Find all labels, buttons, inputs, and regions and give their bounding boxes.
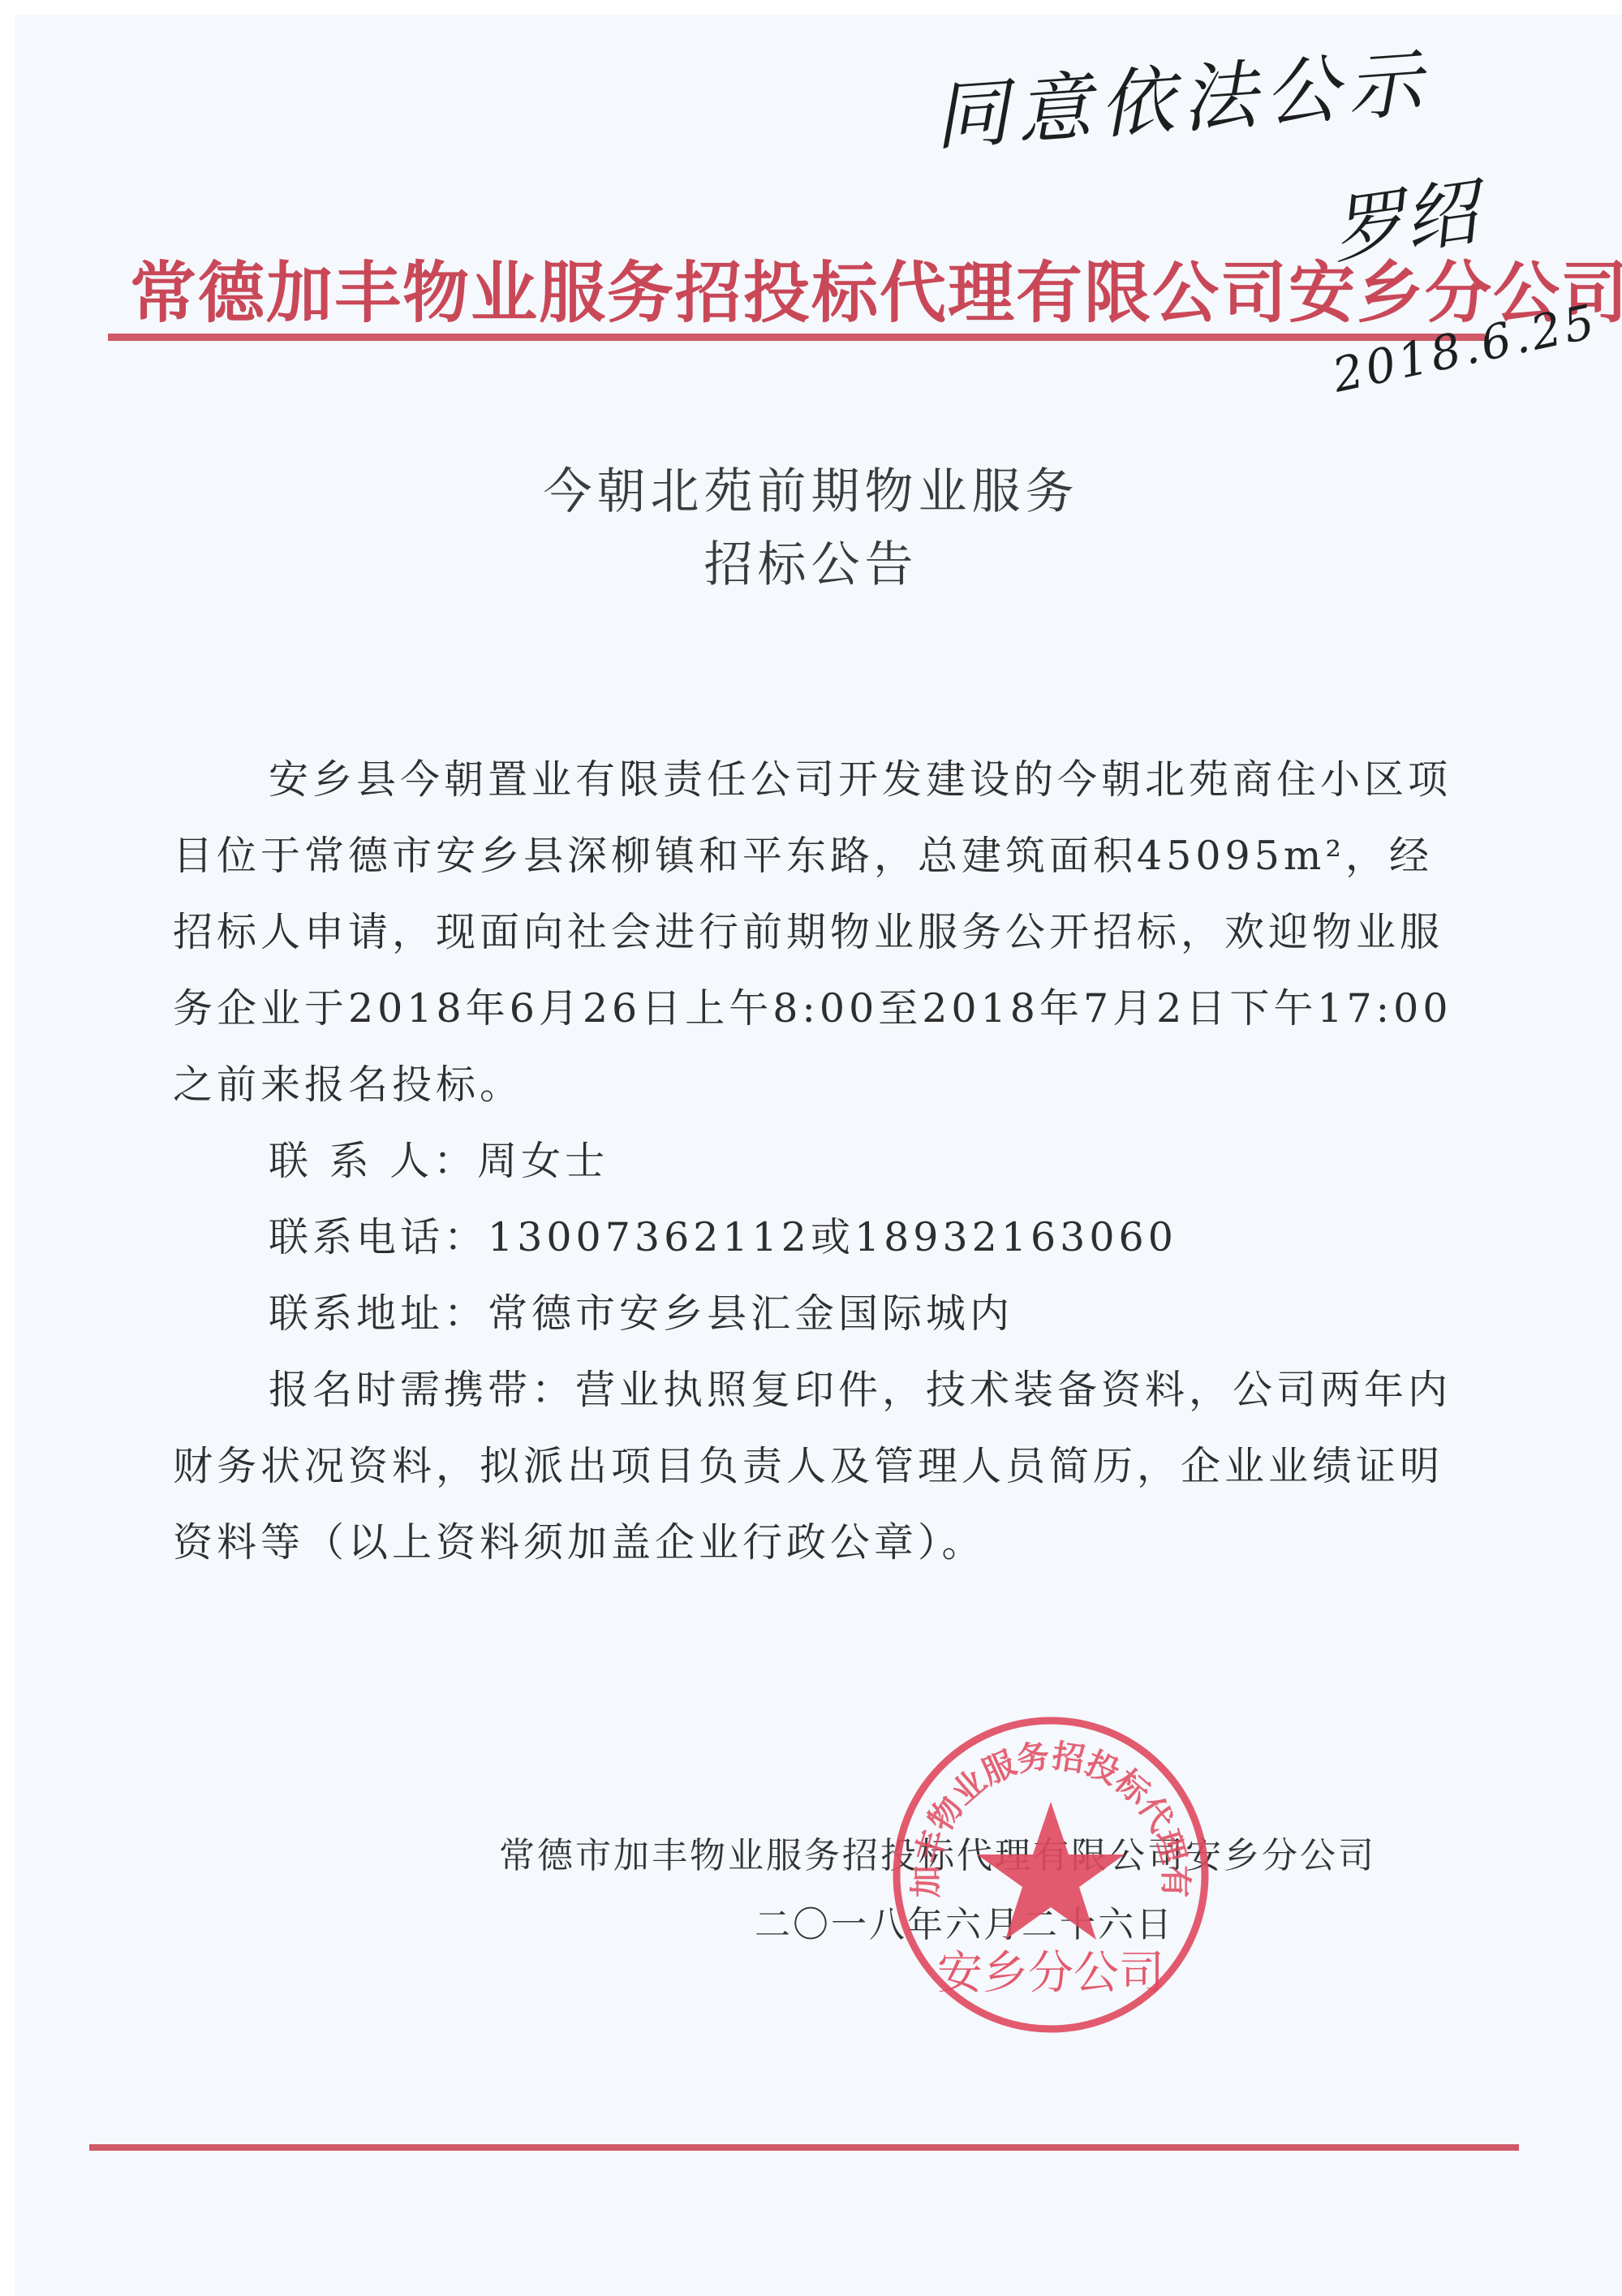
document-title-line1: 今朝北苑前期物业服务 [0,453,1622,523]
seal-center-text: 安乡分公司 [937,1947,1164,2000]
contact-person-value: 周女士 [477,1138,609,1184]
contact-address-row: 联系地址：常德市安乡县汇金国际城内 [173,1276,1455,1352]
contact-phone-row: 联系电话：13007362112或18932163060 [173,1200,1455,1276]
contact-phone-label: 联系电话： [269,1214,488,1260]
letterhead-red-rule [108,334,1485,341]
requirements-block: 报名时需携带：营业执照复印件，技术装备资料，公司两年内财务状况资料，拟派出项目负… [173,1352,1455,1581]
main-paragraph: 安乡县今朝置业有限责任公司开发建设的今朝北苑商住小区项目位于常德市安乡县深柳镇和… [173,742,1455,1123]
contact-address-value: 常德市安乡县汇金国际城内 [488,1290,1013,1337]
letterhead-company-name: 常德加丰物业服务招投标代理有限公司安乡分公司 [130,240,1509,335]
contact-person-label: 联 系 人： [269,1138,477,1184]
handwritten-signature: 罗绍 [1324,153,1483,278]
contact-phone-value: 13007362112或18932163060 [488,1214,1177,1260]
contact-person-row: 联 系 人：周女士 [173,1123,1455,1200]
seal-star-icon [977,1802,1125,1940]
contact-address-label: 联系地址： [269,1290,488,1337]
main-paragraph-block: 安乡县今朝置业有限责任公司开发建设的今朝北苑商住小区项目位于常德市安乡县深柳镇和… [173,742,1455,1123]
contact-info-block: 联 系 人：周女士 联系电话：13007362112或18932163060 联… [173,1123,1455,1352]
footer-red-rule [89,2144,1519,2151]
requirements-label: 报名时需携带： [269,1367,575,1413]
document-title-line2: 招标公告 [0,526,1622,596]
official-seal-icon: 常德市加丰物业服务招投标代理有限公司 安乡分公司 [884,1708,1217,2041]
requirements-paragraph: 报名时需携带：营业执照复印件，技术装备资料，公司两年内财务状况资料，拟派出项目负… [173,1352,1455,1581]
